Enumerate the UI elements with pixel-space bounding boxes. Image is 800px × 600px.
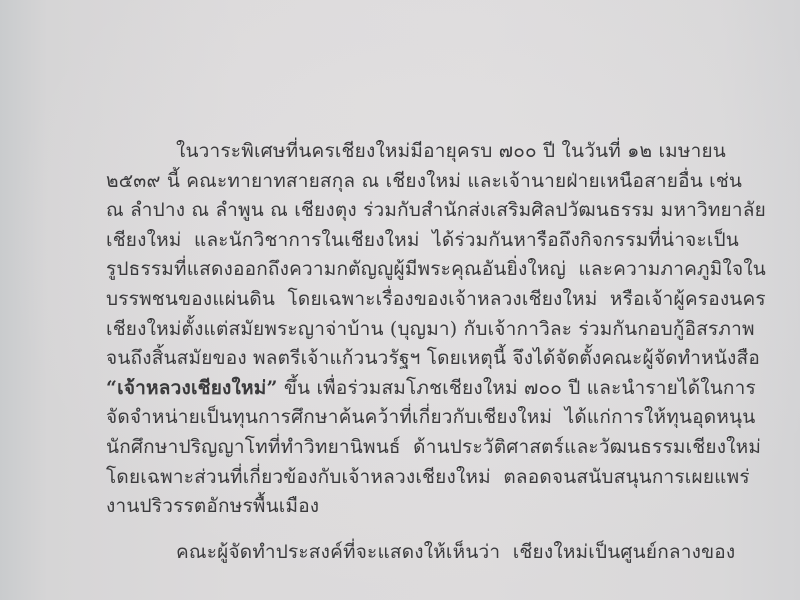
book-page: ในวาระพิเศษที่นครเชียงใหม่มีอายุครบ ๗๐๐ …: [0, 0, 800, 600]
paragraph-1-line-1: ในวาระพิเศษที่นครเชียงใหม่มีอายุครบ ๗๐๐ …: [106, 137, 726, 167]
paragraph-1-line-12: โดยเฉพาะส่วนที่เกี่ยวข้องกับเจ้าหลวงเชีย…: [106, 463, 726, 493]
paragraph-1-line-13: งานปริวรรตอักษรพื้นเมือง: [106, 492, 726, 522]
paragraph-1-line-8: จนถึงสิ้นสมัยของ พลตรีเจ้าแก้วนวรัฐฯ โดย…: [106, 344, 726, 374]
paragraph-1-line-2: ๒๕๓๙ นี้ คณะทายาทสายสกุล ณ เชียงใหม่ และ…: [106, 167, 726, 197]
body-text: ในวาระพิเศษที่นครเชียงใหม่มีอายุครบ ๗๐๐ …: [106, 137, 726, 567]
paragraph-1-line-6: บรรพชนของแผ่นดิน โดยเฉพาะเรื่องของเจ้าหล…: [106, 285, 726, 315]
text-line: ขึ้น เพื่อร่วมสมโภชเชียงใหม่ ๗๐๐ ปี และน…: [278, 377, 756, 399]
paragraph-1-line-5: รูปธรรมที่แสดงออกถึงความกตัญญูผู้มีพระคุ…: [106, 255, 726, 285]
text-line: คณะผู้จัดทำประสงค์ที่จะแสดงให้เห็นว่า เช…: [176, 541, 735, 563]
text-line: โดยเฉพาะส่วนที่เกี่ยวข้องกับเจ้าหลวงเชีย…: [106, 466, 750, 488]
text-line: จนถึงสิ้นสมัยของ พลตรีเจ้าแก้วนวรัฐฯ โดย…: [106, 347, 760, 369]
text-line: เชียงใหม่ และนักวิชาการในเชียงใหม่ ได้ร่…: [106, 229, 739, 251]
paragraph-1-line-11: นักศึกษาปริญญาโทที่ทำวิทยานิพนธ์ ด้านประ…: [106, 433, 726, 463]
paragraph-gap: [106, 522, 726, 538]
book-title: “เจ้าหลวงเชียงใหม่”: [106, 377, 278, 399]
text-line: บรรพชนของแผ่นดิน โดยเฉพาะเรื่องของเจ้าหล…: [106, 288, 766, 310]
text-line: ในวาระพิเศษที่นครเชียงใหม่มีอายุครบ ๗๐๐ …: [176, 140, 726, 162]
paragraph-1-line-4: เชียงใหม่ และนักวิชาการในเชียงใหม่ ได้ร่…: [106, 226, 726, 256]
text-line: นักศึกษาปริญญาโทที่ทำวิทยานิพนธ์ ด้านประ…: [106, 436, 761, 458]
text-line: จัดจำหน่ายเป็นทุนการศึกษาค้นคว้าที่เกี่ย…: [106, 406, 755, 428]
text-line: เชียงใหม่ตั้งแต่สมัยพระญาจ่าบ้าน (บุญมา)…: [106, 318, 755, 340]
paragraph-1-line-10: จัดจำหน่ายเป็นทุนการศึกษาค้นคว้าที่เกี่ย…: [106, 403, 726, 433]
text-line: ๒๕๓๙ นี้ คณะทายาทสายสกุล ณ เชียงใหม่ และ…: [106, 170, 742, 192]
paragraph-1-line-7: เชียงใหม่ตั้งแต่สมัยพระญาจ่าบ้าน (บุญมา)…: [106, 315, 726, 345]
paragraph-2-line-1: คณะผู้จัดทำประสงค์ที่จะแสดงให้เห็นว่า เช…: [106, 538, 726, 568]
text-line: งานปริวรรตอักษรพื้นเมือง: [106, 495, 319, 517]
paragraph-1-line-3: ณ ลำปาง ณ ลำพูน ณ เชียงตุง ร่วมกับสำนักส…: [106, 196, 726, 226]
text-line: รูปธรรมที่แสดงออกถึงความกตัญญูผู้มีพระคุ…: [106, 258, 766, 280]
paragraph-1-line-9: “เจ้าหลวงเชียงใหม่” ขึ้น เพื่อร่วมสมโภชเ…: [106, 374, 726, 404]
text-line: ณ ลำปาง ณ ลำพูน ณ เชียงตุง ร่วมกับสำนักส…: [106, 199, 766, 221]
